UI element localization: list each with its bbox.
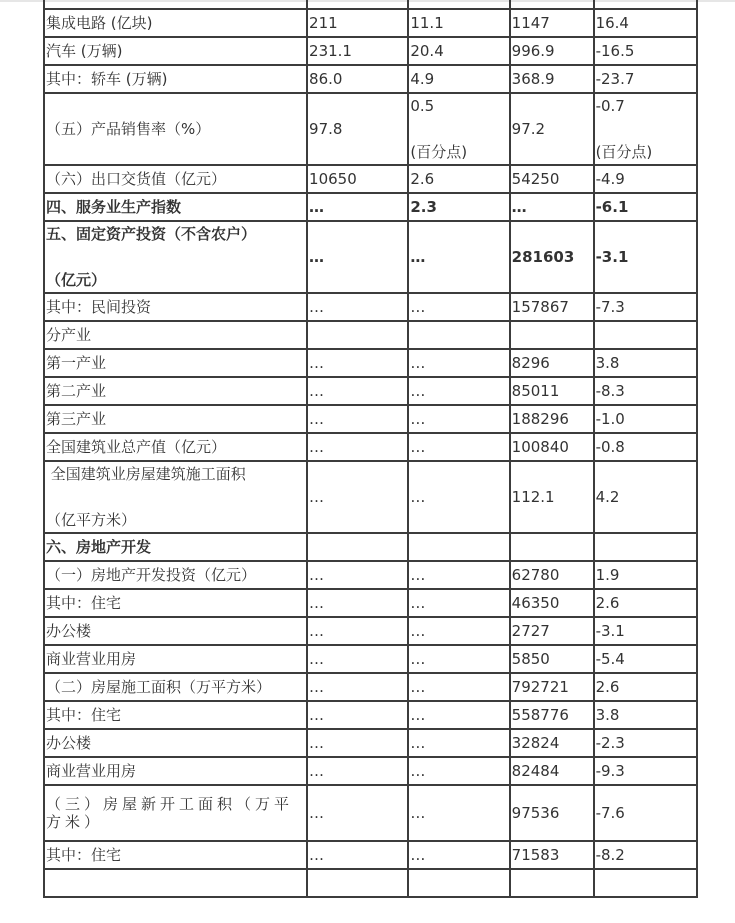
cell-name: （一）房地产开发投资（亿元） [44,561,307,589]
cell-month-growth: … [408,293,509,321]
cell-ytd-value [510,321,594,349]
cell-month-growth: … [408,433,509,461]
cell-month-growth [408,533,509,561]
cell-month-growth [408,321,509,349]
cell-ytd-value: 1147 [510,9,594,37]
cell-ytd-value: 558776 [510,701,594,729]
cell-month-growth: … [408,589,509,617]
cell-ytd-value [510,0,594,9]
cell-month-growth: … [408,645,509,673]
cell-month-growth: … [408,729,509,757]
cell-name: 其中：住宅 [44,701,307,729]
cell-ytd-value [510,533,594,561]
growth-unit: (百分点) [410,143,507,161]
cell-ytd-value: 157867 [510,293,594,321]
name-line-2: （亿元） [46,271,305,289]
table-row: 全国建筑业房屋建筑施工面积 （亿平方米） … … 112.1 4.2 [44,461,697,533]
cell-month-value: … [307,349,408,377]
name-line-2: （亿平方米） [46,511,305,529]
cell-month-value: … [307,757,408,785]
cell-month-value: … [307,561,408,589]
cell-month-value: … [307,617,408,645]
cell-month-growth: … [408,349,509,377]
cell-name: 办公楼 [44,617,307,645]
cell-month-value: 10650 [307,165,408,193]
cell-ytd-value: 996.9 [510,37,594,65]
cell-ytd-growth: 2.6 [594,673,697,701]
table-row: 分产业 [44,321,697,349]
cell-name: （三）房屋新开工面积（万平方米） [44,785,307,841]
table-row: 集成电路 (亿块) 211 11.1 1147 16.4 [44,9,697,37]
cell-ytd-value: 62780 [510,561,594,589]
cell-ytd-growth: 3.8 [594,701,697,729]
cell-month-value: … [307,785,408,841]
cell-month-growth: 2.3 [408,193,509,221]
cell-ytd-value: 97.2 [510,93,594,165]
cell-name: 全国建筑业房屋建筑施工面积 （亿平方米） [44,461,307,533]
cell-month-value: 231.1 [307,37,408,65]
cell-month-value: … [307,673,408,701]
cell-ytd-growth: -4.9 [594,165,697,193]
table-row: 第三产业 … … 188296 -1.0 [44,405,697,433]
table-row-cut-off [44,0,697,9]
cell-ytd-value: 32824 [510,729,594,757]
cell-month-value [307,869,408,897]
cell-name: 商业营业用房 [44,645,307,673]
cell-month-growth: 0.5 (百分点) [408,93,509,165]
cell-name: 第二产业 [44,377,307,405]
cell-ytd-value: 281603 [510,221,594,293]
cell-name: 其中：轿车 (万辆) [44,65,307,93]
cell-ytd-growth [594,0,697,9]
cell-name: 集成电路 (亿块) [44,9,307,37]
cell-ytd-growth: -7.6 [594,785,697,841]
cell-ytd-growth: -1.0 [594,405,697,433]
cell-month-growth: … [408,221,509,293]
cell-ytd-value: 188296 [510,405,594,433]
name-line-1: 全国建筑业房屋建筑施工面积 [46,465,305,483]
cell-ytd-value: 8296 [510,349,594,377]
cell-month-value: 86.0 [307,65,408,93]
cell-month-value [307,0,408,9]
cell-name: 全国建筑业总产值（亿元） [44,433,307,461]
table-row: 第一产业 … … 8296 3.8 [44,349,697,377]
cell-ytd-growth: -23.7 [594,65,697,93]
cell-ytd-value: 112.1 [510,461,594,533]
cell-month-value: … [307,729,408,757]
cell-month-value: … [307,377,408,405]
cell-name: （五）产品销售率（%） [44,93,307,165]
cell-ytd-growth: -9.3 [594,757,697,785]
cell-ytd-value: 2727 [510,617,594,645]
table-row: 其中：民间投资 … … 157867 -7.3 [44,293,697,321]
cell-name: 汽车 (万辆) [44,37,307,65]
table-row-section-header: 六、房地产开发 [44,533,697,561]
cell-ytd-growth: -6.1 [594,193,697,221]
cell-month-value: … [307,433,408,461]
cell-month-value: … [307,293,408,321]
table-row: 第二产业 … … 85011 -8.3 [44,377,697,405]
cell-ytd-growth: -5.4 [594,645,697,673]
name-line-1: 五、固定资产投资（不含农户） [46,225,305,243]
cell-month-value: … [307,645,408,673]
cell-ytd-growth: -2.3 [594,729,697,757]
table-row: 商业营业用房 … … 82484 -9.3 [44,757,697,785]
table-row: 办公楼 … … 32824 -2.3 [44,729,697,757]
cell-ytd-growth: -0.8 [594,433,697,461]
cell-ytd-growth: -8.3 [594,377,697,405]
cell-name [44,869,307,897]
cell-month-value: … [307,461,408,533]
cell-ytd-growth: 1.9 [594,561,697,589]
cell-ytd-value: 368.9 [510,65,594,93]
cell-ytd-growth: -3.1 [594,221,697,293]
table-row: 其中：住宅 … … 46350 2.6 [44,589,697,617]
cell-month-value: … [307,589,408,617]
cell-ytd-value: 97536 [510,785,594,841]
table-row: 汽车 (万辆) 231.1 20.4 996.9 -16.5 [44,37,697,65]
cell-month-growth: 11.1 [408,9,509,37]
cell-month-growth: … [408,841,509,869]
table-row-cut-off [44,869,697,897]
cell-name: 商业营业用房 [44,757,307,785]
cell-month-growth: … [408,673,509,701]
cell-month-growth: … [408,701,509,729]
cell-ytd-value: … [510,193,594,221]
cell-ytd-growth: 2.6 [594,589,697,617]
growth-unit: (百分点) [596,143,695,161]
cell-ytd-growth: 16.4 [594,9,697,37]
table-row: 其中：住宅 … … 71583 -8.2 [44,841,697,869]
cell-ytd-growth: 3.8 [594,349,697,377]
cell-month-growth [408,0,509,9]
table-row: （六）出口交货值（亿元） 10650 2.6 54250 -4.9 [44,165,697,193]
cell-ytd-value: 82484 [510,757,594,785]
cell-name: 分产业 [44,321,307,349]
cell-month-value [307,321,408,349]
cell-ytd-growth: -8.2 [594,841,697,869]
cell-ytd-value [510,869,594,897]
cell-month-growth: 20.4 [408,37,509,65]
cell-month-growth: … [408,785,509,841]
cell-name: 其中：住宅 [44,841,307,869]
cell-ytd-value: 792721 [510,673,594,701]
cell-name: 第一产业 [44,349,307,377]
table-row: 全国建筑业总产值（亿元） … … 100840 -0.8 [44,433,697,461]
cell-ytd-growth [594,869,697,897]
cell-name: 办公楼 [44,729,307,757]
table-row-section-header: 五、固定资产投资（不含农户） （亿元） … … 281603 -3.1 [44,221,697,293]
cell-ytd-value: 5850 [510,645,594,673]
table-row: 办公楼 … … 2727 -3.1 [44,617,697,645]
cell-ytd-growth: 4.2 [594,461,697,533]
cell-ytd-growth [594,321,697,349]
cell-month-value: 211 [307,9,408,37]
cell-month-growth: … [408,561,509,589]
cell-name: 第三产业 [44,405,307,433]
cell-ytd-growth [594,533,697,561]
cell-ytd-growth: -0.7 (百分点) [594,93,697,165]
cell-ytd-growth: -16.5 [594,37,697,65]
table-row-section-header: 四、服务业生产指数 … 2.3 … -6.1 [44,193,697,221]
cell-ytd-value: 71583 [510,841,594,869]
cell-month-value: … [307,701,408,729]
cell-month-growth: 4.9 [408,65,509,93]
table-row: （三）房屋新开工面积（万平方米） … … 97536 -7.6 [44,785,697,841]
cell-name: 四、服务业生产指数 [44,193,307,221]
cell-month-value: … [307,405,408,433]
cell-name: （六）出口交货值（亿元） [44,165,307,193]
cell-name [44,0,307,9]
cell-ytd-growth: -7.3 [594,293,697,321]
cell-ytd-value: 54250 [510,165,594,193]
cell-ytd-value: 100840 [510,433,594,461]
statistics-table: 集成电路 (亿块) 211 11.1 1147 16.4 汽车 (万辆) 231… [43,0,698,898]
table-row: （一）房地产开发投资（亿元） … … 62780 1.9 [44,561,697,589]
growth-value: -0.7 [596,97,695,115]
cell-month-value: … [307,221,408,293]
growth-value: 0.5 [410,97,507,115]
cell-month-growth: … [408,405,509,433]
cell-month-growth: … [408,377,509,405]
cell-month-growth: … [408,461,509,533]
cell-month-growth: 2.6 [408,165,509,193]
cell-month-growth: … [408,617,509,645]
cell-ytd-growth: -3.1 [594,617,697,645]
cell-name: 其中：民间投资 [44,293,307,321]
cell-month-growth: … [408,757,509,785]
cell-month-growth [408,869,509,897]
cell-name: 五、固定资产投资（不含农户） （亿元） [44,221,307,293]
cell-month-value: 97.8 [307,93,408,165]
table-row: 其中：住宅 … … 558776 3.8 [44,701,697,729]
cell-ytd-value: 46350 [510,589,594,617]
table-row: （五）产品销售率（%） 97.8 0.5 (百分点) 97.2 -0.7 (百分… [44,93,697,165]
table-row: （二）房屋施工面积（万平方米） … … 792721 2.6 [44,673,697,701]
cell-name: 六、房地产开发 [44,533,307,561]
cell-name: 其中：住宅 [44,589,307,617]
table-row: 商业营业用房 … … 5850 -5.4 [44,645,697,673]
table-row: 其中：轿车 (万辆) 86.0 4.9 368.9 -23.7 [44,65,697,93]
cell-month-value: … [307,841,408,869]
cell-name: （二）房屋施工面积（万平方米） [44,673,307,701]
cell-month-value [307,533,408,561]
cell-month-value: … [307,193,408,221]
cell-ytd-value: 85011 [510,377,594,405]
